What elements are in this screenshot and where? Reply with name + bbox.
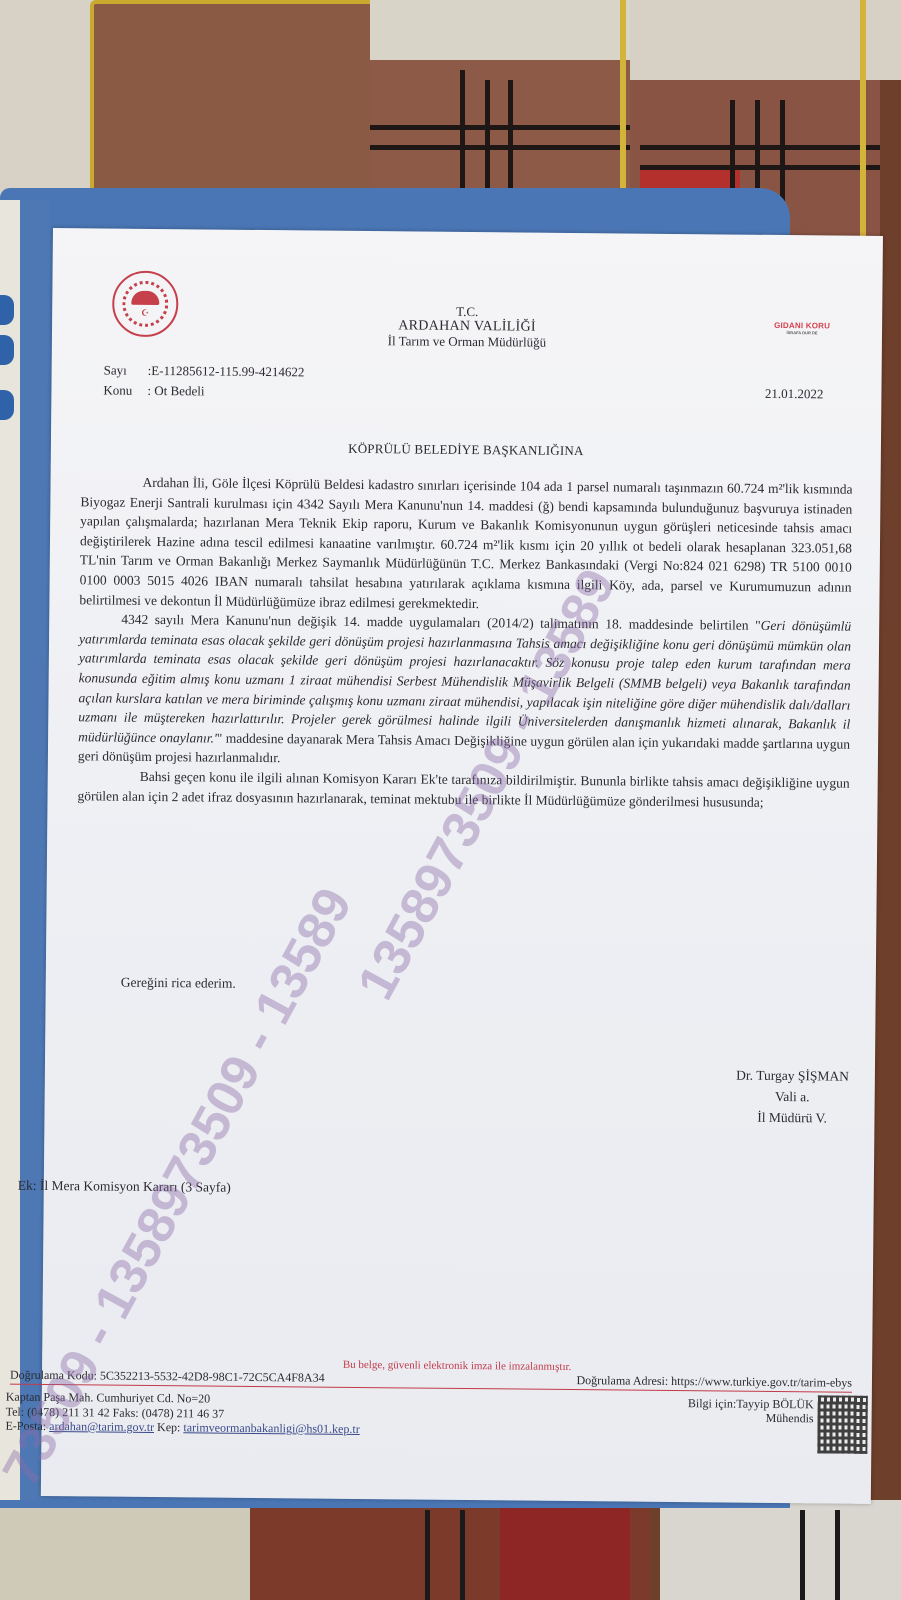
letterhead: T.C. ARDAHAN VALİLİĞİ İl Tarım ve Orman …	[52, 300, 882, 353]
kep-link[interactable]: tarimveormanbakanligi@hs01.kep.tr	[183, 1420, 359, 1436]
signatory-title: İl Müdürü V.	[736, 1107, 849, 1129]
reference-number: Sayı:E-11285612-115.99-4214622	[104, 362, 305, 380]
email-line: E-Posta: ardahan@tarim.gov.tr Kep: tarim…	[5, 1419, 359, 1437]
qr-code-icon	[817, 1395, 868, 1453]
letter-date: 21.01.2022	[765, 386, 824, 403]
paragraph-3: Bahsi geçen konu ile ilgili alınan Komis…	[77, 766, 849, 813]
campaign-badge: GIDANI KORU İSRAFA DUR DE	[774, 321, 830, 336]
letter-body: Ardahan İli, Göle İlçesi Köprülü Beldesi…	[77, 472, 852, 812]
official-letter: ☪ T.C. ARDAHAN VALİLİĞİ İl Tarım ve Orma…	[41, 228, 883, 1504]
contact-info: Kaptan Paşa Mah. Cumhuriyet Cd. No=20 Te…	[5, 1390, 360, 1437]
paragraph-1: Ardahan İli, Göle İlçesi Köprülü Beldesi…	[79, 472, 852, 617]
attachment-note: Ek: İl Mera Komisyon Kararı (3 Sayfa)	[18, 1178, 231, 1196]
signatory-name: Dr. Turgay ŞİŞMAN	[736, 1065, 849, 1087]
info-contact: Bilgi için:Tayyip BÖLÜK Mühendis	[688, 1396, 814, 1425]
closing-line: Gereğini rica ederim.	[121, 975, 236, 992]
email-link[interactable]: ardahan@tarim.gov.tr	[49, 1419, 154, 1434]
addressee: KÖPRÜLÜ BELEDİYE BAŞKANLIĞINA	[51, 438, 881, 462]
signatory-role: Vali a.	[736, 1086, 849, 1108]
subject: Konu: Ot Bedeli	[103, 382, 204, 399]
paragraph-2: 4342 sayılı Mera Kanunu'nun değişik 14. …	[78, 609, 851, 773]
signature-block: Dr. Turgay ŞİŞMAN Vali a. İl Müdürü V.	[736, 1065, 849, 1129]
verification-address[interactable]: Doğrulama Adresi: https://www.turkiye.go…	[576, 1373, 852, 1391]
verification-code: Doğrulama Kodu: 5C352213-5532-42D8-98C1-…	[10, 1368, 325, 1386]
